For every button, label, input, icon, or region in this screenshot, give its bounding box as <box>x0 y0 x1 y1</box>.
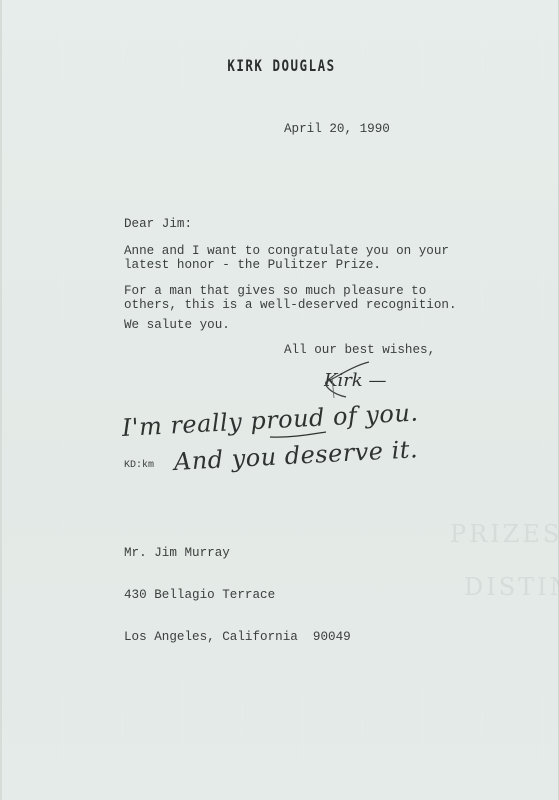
recipient-street: 430 Bellagio Terrace <box>124 588 351 602</box>
recipient-city: Los Angeles, California 90049 <box>124 630 351 644</box>
letter-page: PRIZES DISTIN KIRK DOUGLAS April 20, 199… <box>0 0 559 800</box>
recipient-address: Mr. Jim Murray 430 Bellagio Terrace Los … <box>124 518 351 672</box>
signature-flourish <box>2 0 559 800</box>
recipient-name: Mr. Jim Murray <box>124 546 351 560</box>
typist-initials: KD:km <box>124 459 154 473</box>
